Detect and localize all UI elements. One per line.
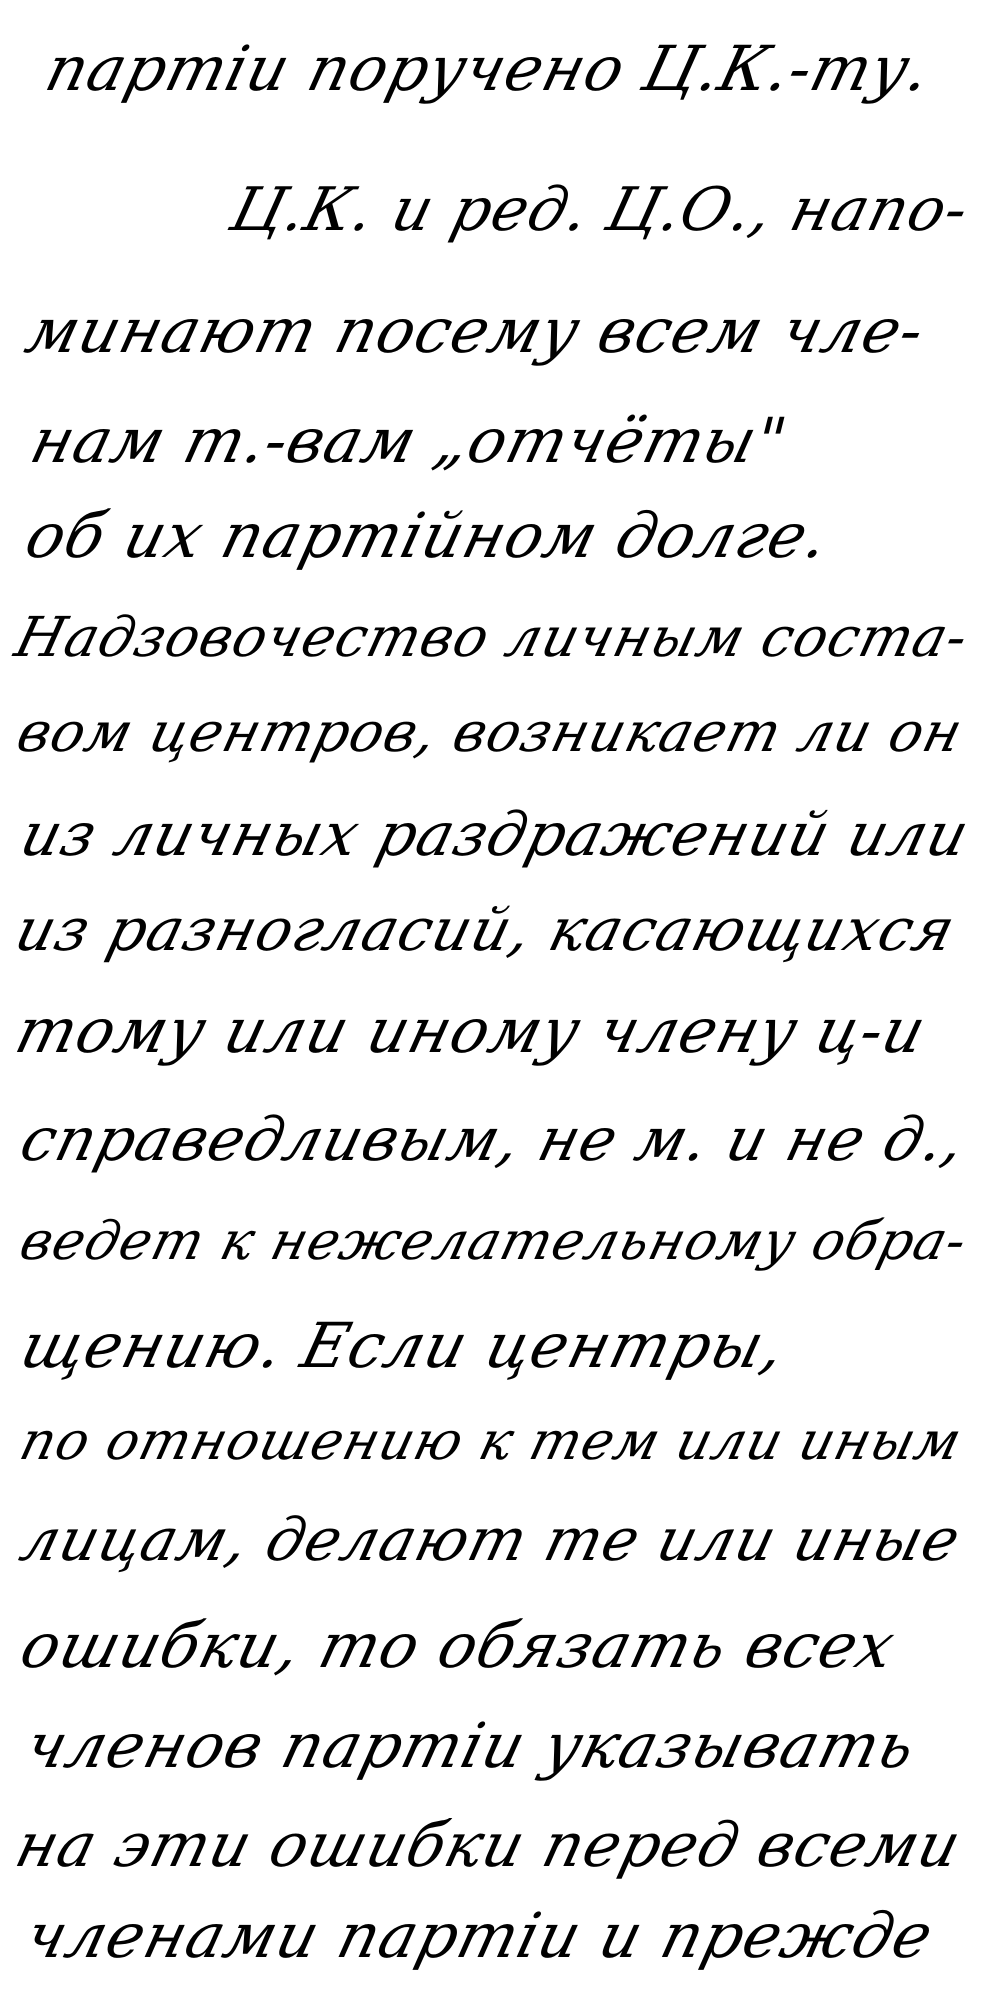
handwritten-line: тому или иному члену ц-и bbox=[10, 1000, 932, 1062]
handwritten-line: справедливым, не м. и не д., bbox=[15, 1110, 971, 1170]
manuscript-page: партiи поручено Ц.К.-ту.Ц.К. и ред. Ц.О.… bbox=[0, 0, 986, 2000]
handwritten-line: членов партiи указывать bbox=[20, 1715, 922, 1777]
handwritten-line: из личных раздражений или bbox=[15, 805, 975, 865]
handwritten-line: Надзовочество личным соста- bbox=[10, 610, 974, 665]
handwritten-line: нам т.-вам „отчёты" bbox=[25, 410, 793, 472]
handwritten-line: из разногласий, касающихся bbox=[10, 900, 961, 959]
handwritten-line: минают посему всем чле- bbox=[20, 300, 931, 362]
handwritten-line: щению. Если центры, bbox=[15, 1315, 792, 1377]
handwritten-line: вом центров, возникает ли он bbox=[12, 705, 968, 760]
handwritten-line: лицам, делают те или иные bbox=[15, 1510, 967, 1569]
handwritten-line: Ц.К. и ред. Ц.О., напо- bbox=[225, 180, 975, 240]
handwritten-line: на эти ошибки перед всеми bbox=[10, 1815, 967, 1876]
handwritten-line: ведет к нежелательному обра- bbox=[15, 1215, 972, 1268]
handwritten-line: об их партiйном долге. bbox=[20, 505, 835, 567]
handwritten-line: членами партiи и прежде bbox=[20, 1905, 939, 1967]
handwritten-line: партiи поручено Ц.К.-ту. bbox=[40, 38, 937, 100]
handwritten-line: ошибки, то обязать всех bbox=[15, 1615, 901, 1677]
handwritten-line: по отношению к тем или иным bbox=[15, 1415, 967, 1468]
